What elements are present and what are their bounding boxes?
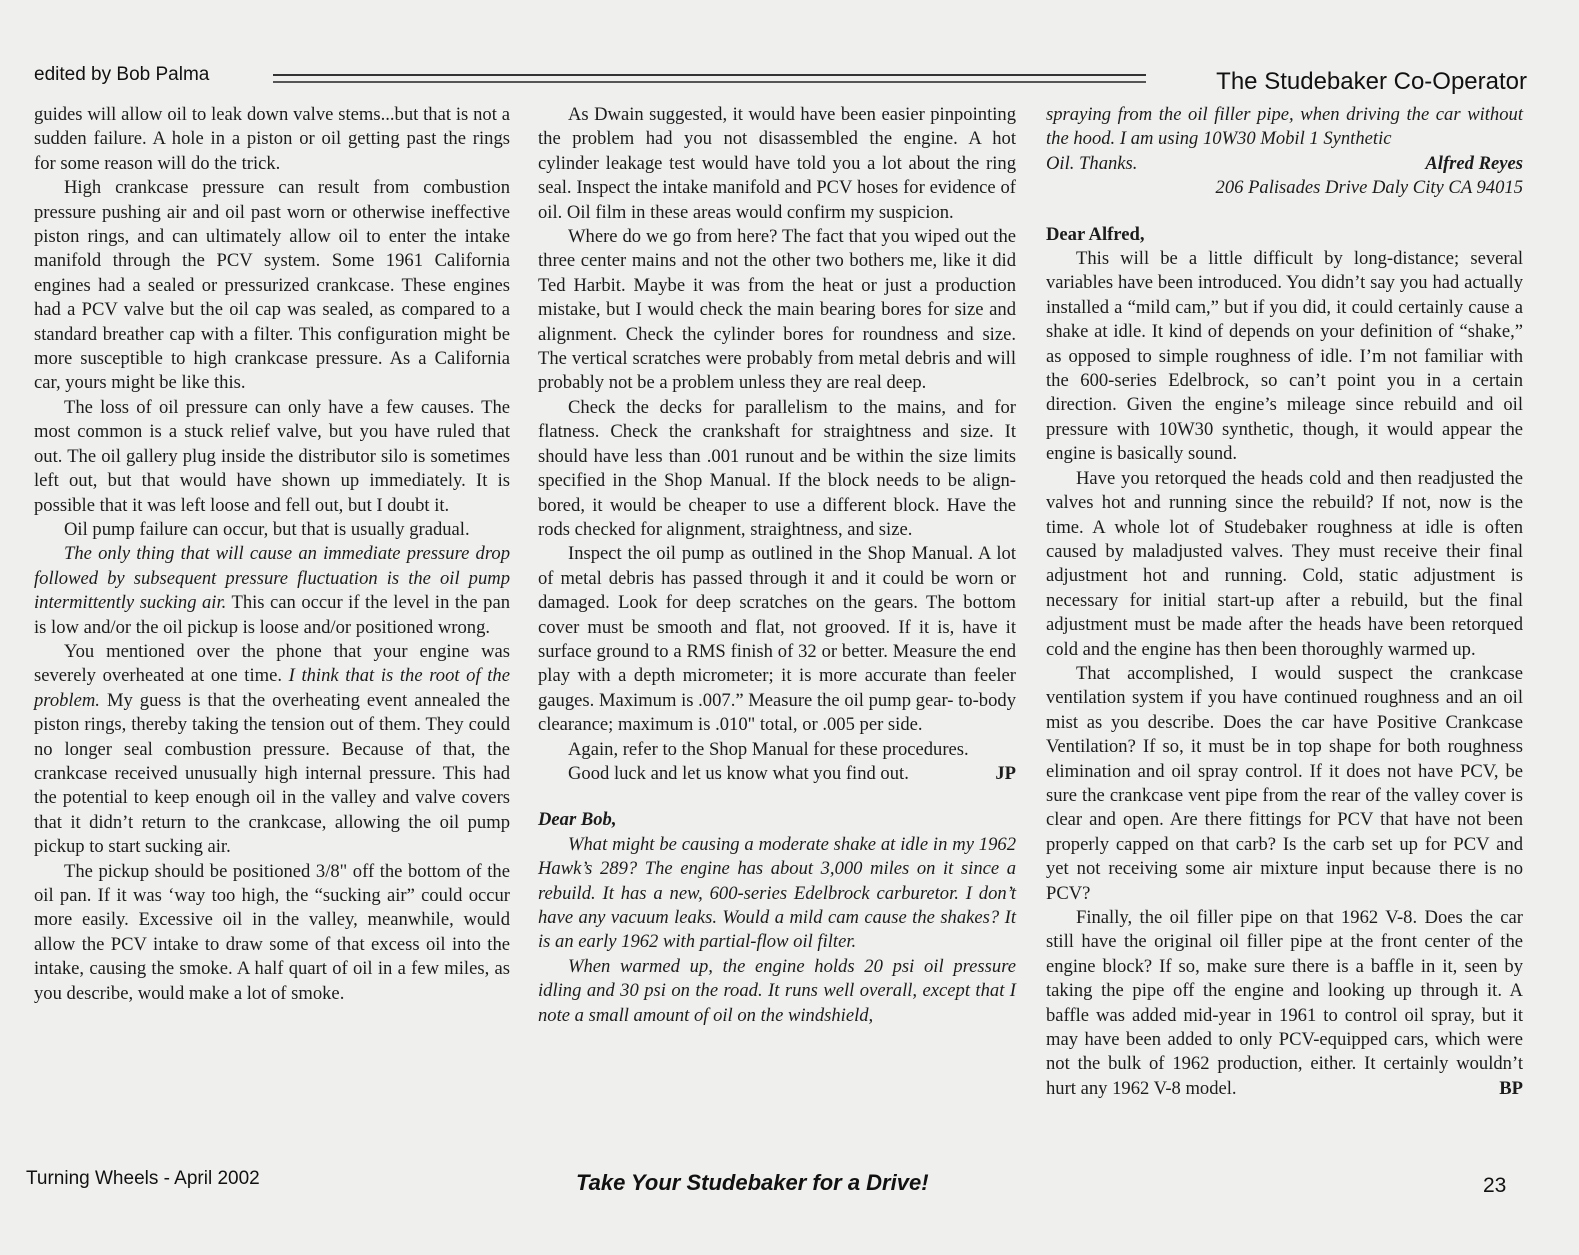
article-column-2: As Dwain suggested, it would have been e… (538, 103, 1016, 1028)
paragraph: That accomplished, I would suspect the c… (1046, 662, 1523, 906)
letter-paragraph: When warmed up, the engine holds 20 psi … (538, 955, 1016, 1028)
publication-issue: Turning Wheels - April 2002 (26, 1168, 260, 1190)
paragraph: This will be a little difficult by long-… (1046, 247, 1523, 467)
letter-salutation: Dear Bob, (538, 808, 1016, 832)
page-number: 23 (1483, 1174, 1506, 1198)
reply-signoff: Good luck and let us know what you find … (538, 762, 1016, 786)
article-column-1: guides will allow oil to leak down valve… (34, 103, 510, 1006)
paragraph: Oil pump failure can occur, but that is … (34, 518, 510, 542)
paragraph: guides will allow oil to leak down valve… (34, 103, 510, 176)
paragraph: Where do we go from here? The fact that … (538, 225, 1016, 396)
footer-slogan: Take Your Studebaker for a Drive! (576, 1170, 929, 1196)
paragraph: The loss of oil pressure can only have a… (34, 396, 510, 518)
signature-name: Alfred Reyes (1425, 152, 1523, 176)
paragraph: Again, refer to the Shop Manual for thes… (538, 738, 1016, 762)
letter-signature: Oil. Thanks. Alfred Reyes (1046, 152, 1523, 176)
letter-closing: Oil. Thanks. (1046, 152, 1137, 176)
paragraph: Check the decks for parallelism to the m… (538, 396, 1016, 542)
paragraph: As Dwain suggested, it would have been e… (538, 103, 1016, 225)
paragraph: The only thing that will cause an immedi… (34, 542, 510, 640)
paragraph: You mentioned over the phone that your e… (34, 640, 510, 860)
letter-paragraph: spraying from the oil filler pipe, when … (1046, 103, 1523, 152)
author-initials: JP (995, 762, 1016, 786)
paragraph-text: Finally, the oil filler pipe on that 196… (1046, 907, 1523, 1099)
paragraph: Finally, the oil filler pipe on that 196… (1046, 906, 1523, 1101)
signoff-text: Good luck and let us know what you find … (568, 762, 909, 786)
letter-paragraph: What might be causing a moderate shake a… (538, 833, 1016, 955)
column-title: The Studebaker Co-Operator (1216, 68, 1527, 96)
signature-address: 206 Palisades Drive Daly City CA 94015 (1046, 176, 1523, 200)
paragraph: High crankcase pressure can result from … (34, 176, 510, 396)
header-double-rule (273, 74, 1146, 83)
author-initials: BP (1469, 1077, 1523, 1101)
editor-credit: edited by Bob Palma (34, 64, 209, 86)
reply-salutation: Dear Alfred, (1046, 223, 1523, 247)
paragraph-text: My guess is that the overheating event a… (34, 690, 510, 857)
paragraph: Inspect the oil pump as outlined in the … (538, 542, 1016, 737)
paragraph: The pickup should be positioned 3/8" off… (34, 860, 510, 1006)
paragraph: Have you retorqued the heads cold and th… (1046, 467, 1523, 662)
article-column-3: spraying from the oil filler pipe, when … (1046, 103, 1523, 1101)
